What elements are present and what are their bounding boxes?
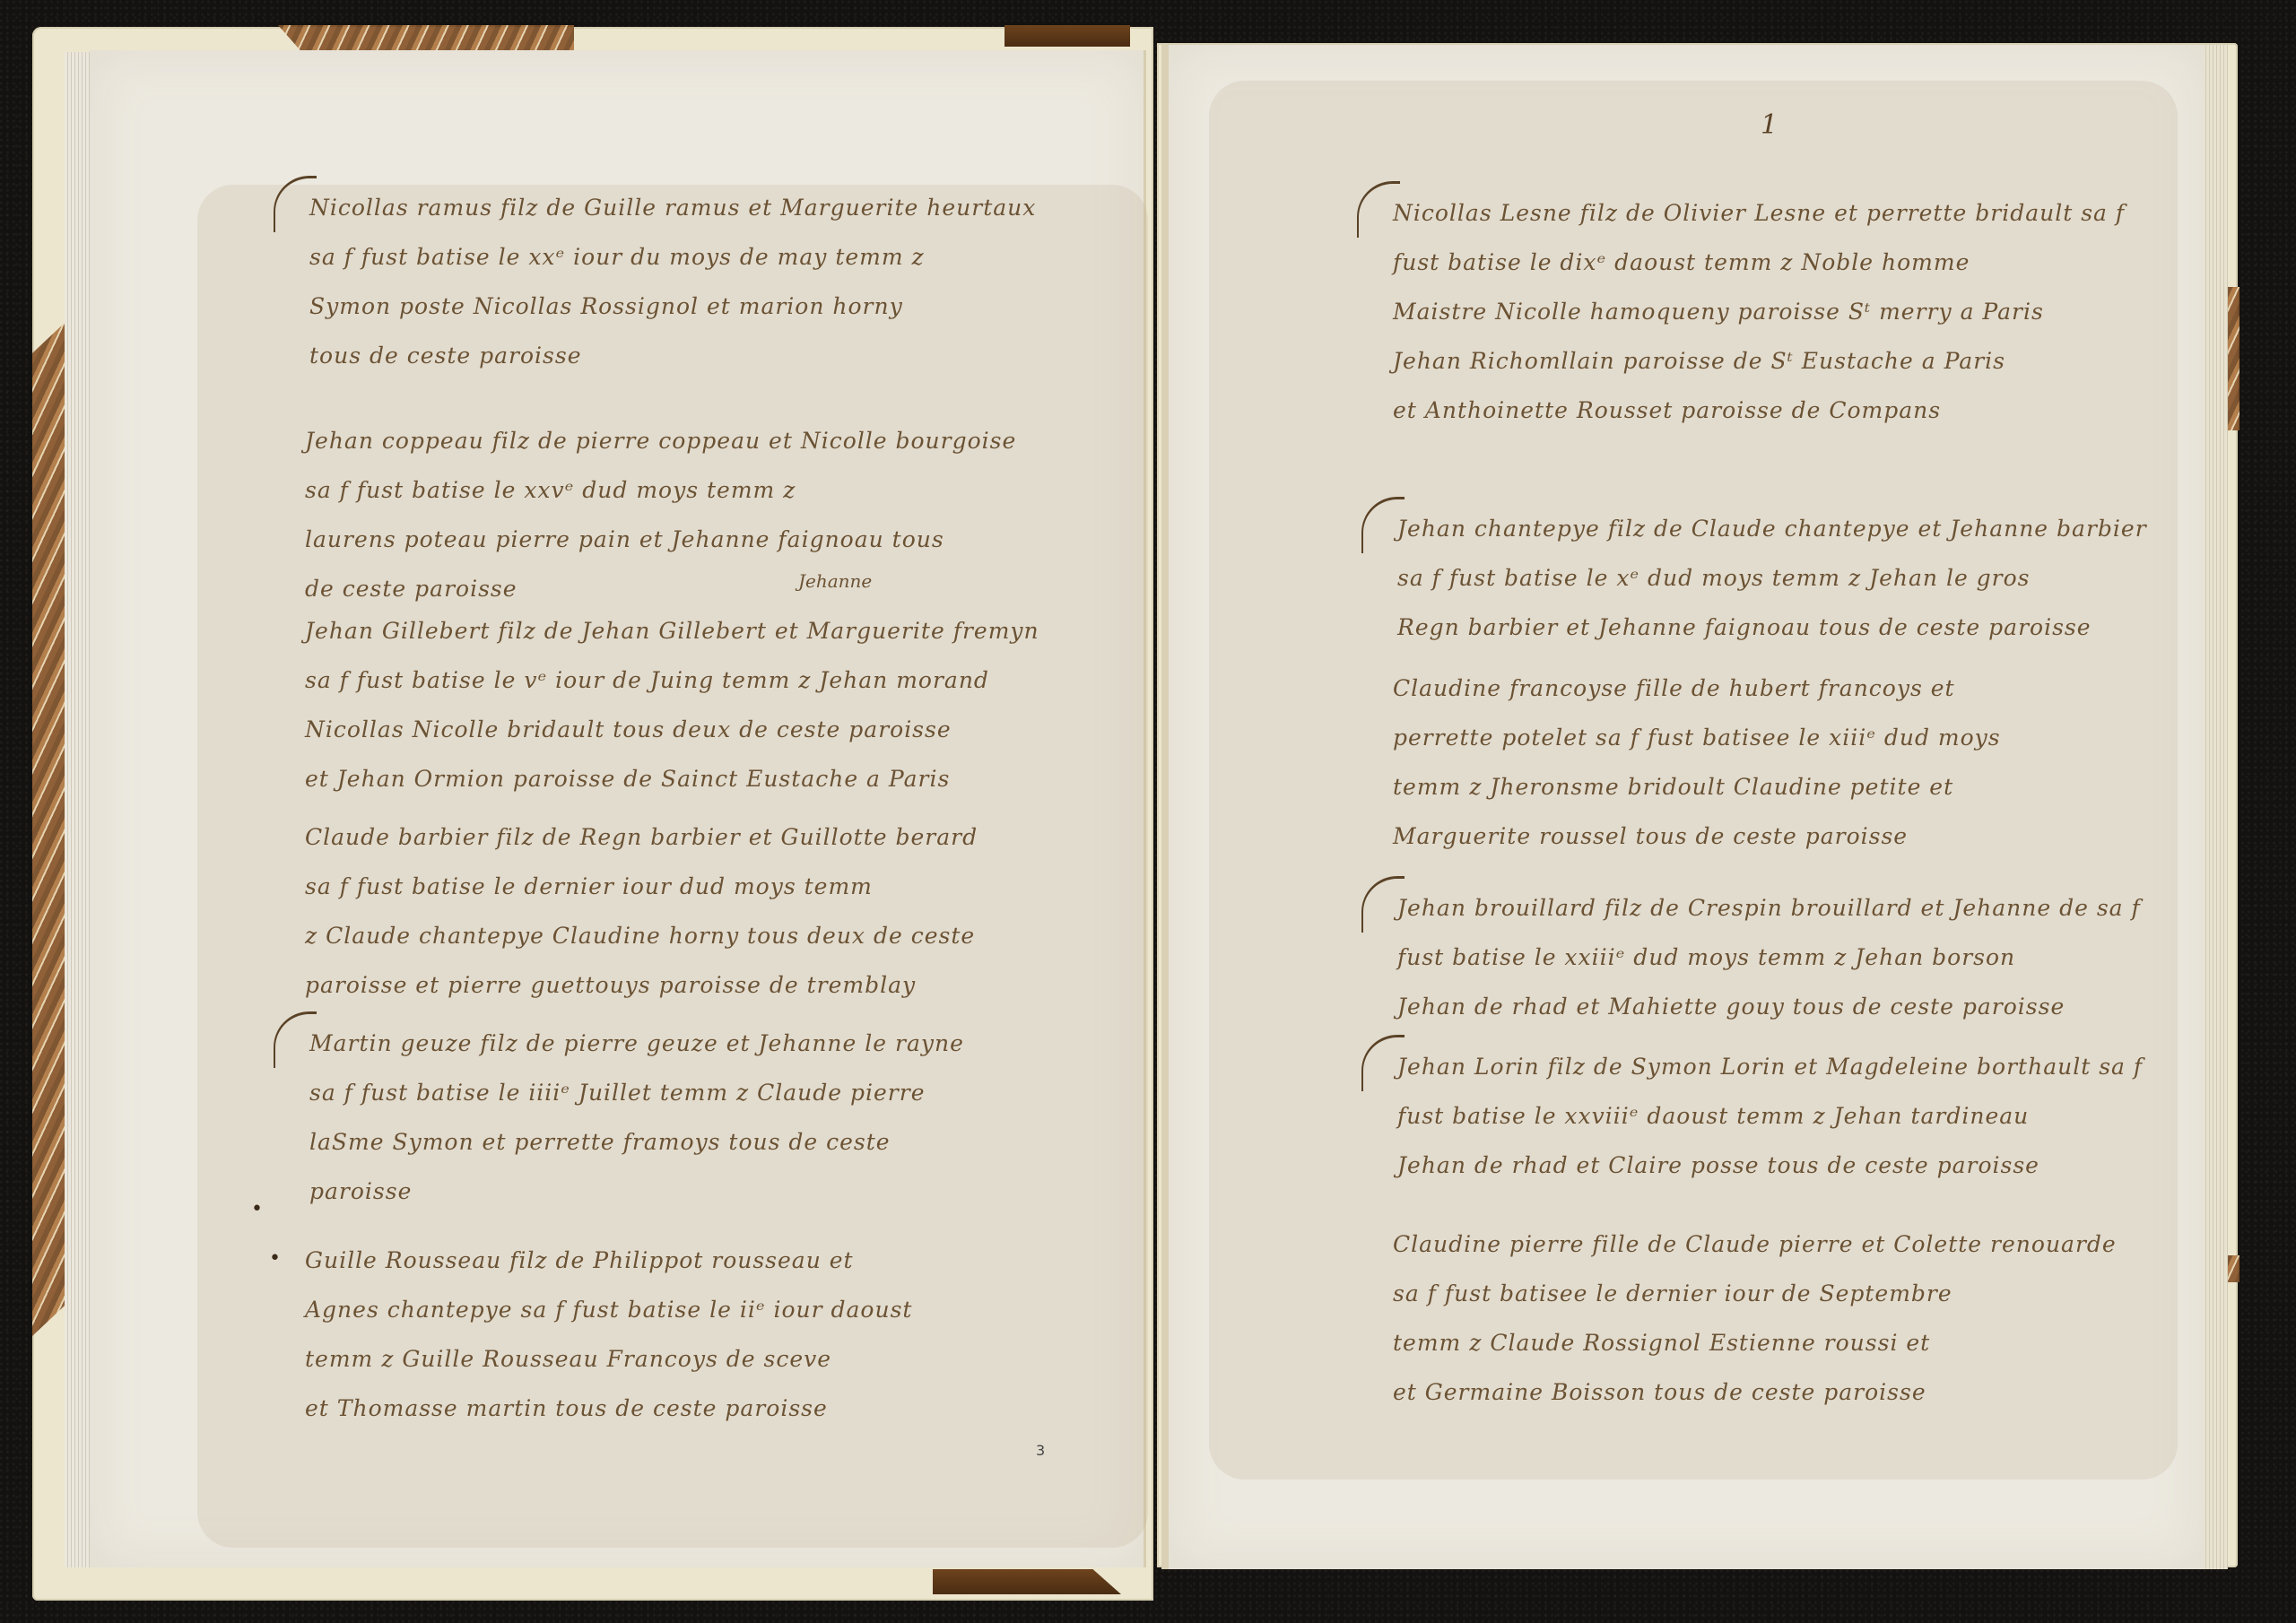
entry-line: Jehan Gillebert filz de Jehan Gillebert … (305, 606, 1039, 655)
entry-line: et Jehan Ormion paroisse de Sainct Eusta… (305, 754, 1039, 803)
entry-line: z Claude chantepye Claudine horny tous d… (305, 911, 978, 960)
register-entry: Jehan chantepye filz de Claude chantepye… (1397, 504, 2147, 652)
entry-line: laSme Symon et perrette framoys tous de … (309, 1117, 964, 1167)
entry-line: sa f fust batisee le dernier iour de Sep… (1393, 1269, 2117, 1318)
entry-line: Claudine pierre fille de Claude pierre e… (1393, 1219, 2117, 1269)
register-entry: Claude barbier filz de Regn barbier et G… (305, 812, 978, 1010)
entry-line: perrette potelet sa f fust batisee le xi… (1393, 713, 2001, 762)
entry-line: laurens poteau pierre pain et Jehanne fa… (305, 515, 1016, 564)
entry-line: fust batise le xxiiiᵉ dud moys temm z Je… (1397, 933, 2141, 982)
entry-line: Claudine francoyse fille de hubert franc… (1393, 664, 2001, 713)
entry-line: et Germaine Boisson tous de ceste parois… (1393, 1367, 2117, 1417)
entry-line: sa f fust batise le dernier iour dud moy… (305, 862, 978, 911)
entry-line: Agnes chantepye sa f fust batise le iiᵉ … (305, 1285, 912, 1334)
register-entry: Jehan brouillard filz de Crespin brouill… (1397, 883, 2141, 1031)
entry-line: Martin geuze filz de pierre geuze et Jeh… (309, 1019, 964, 1068)
marbled-endpaper-left (32, 323, 65, 1336)
register-entry: Claudine francoyse fille de hubert franc… (1393, 664, 2001, 861)
register-entry: Martin geuze filz de pierre geuze et Jeh… (309, 1019, 964, 1216)
entry-line: Jehan chantepye filz de Claude chantepye… (1397, 504, 2147, 553)
left-page: Nicollas ramus filz de Guille ramus et M… (90, 50, 1146, 1567)
entry-line: sa f fust batise le vᵉ iour de Juing tem… (305, 655, 1039, 705)
entry-line: fust batise le xxviiiᵉ daoust temm z Jeh… (1397, 1091, 2143, 1141)
register-entry: Nicollas ramus filz de Guille ramus et M… (309, 183, 1036, 380)
entry-line: Regn barbier et Jehanne faignoau tous de… (1397, 603, 2147, 652)
entry-line: Jehan brouillard filz de Crespin brouill… (1397, 883, 2141, 933)
entry-line: Claude barbier filz de Regn barbier et G… (305, 812, 978, 862)
register-entry: Jehan coppeau filz de pierre coppeau et … (305, 416, 1016, 613)
register-entry: Guille Rousseau filz de Philippot rousse… (305, 1236, 912, 1433)
entry-line: sa f fust batise le xᵉ dud moys temm z J… (1397, 553, 2147, 603)
entry-line: sa f fust batise le xxᵉ iour du moys de … (309, 232, 1036, 282)
entry-line: Jehan Lorin filz de Symon Lorin et Magde… (1397, 1042, 2143, 1091)
page-edges-left (65, 52, 91, 1567)
marbled-endpaper-top (278, 25, 574, 52)
marbled-endpaper-right-lower (2227, 1255, 2239, 1282)
entry-line: Nicollas Nicolle bridault tous deux de c… (305, 705, 1039, 754)
marbled-endpaper-right-upper (2227, 287, 2239, 430)
register-entry: Jehan Gillebert filz de Jehan Gillebert … (305, 606, 1039, 803)
entry-line: Marguerite roussel tous de ceste paroiss… (1393, 811, 2001, 861)
entry-line: Jehan coppeau filz de pierre coppeau et … (305, 416, 1016, 465)
ink-dot: • (269, 1247, 281, 1270)
entry-line: paroisse et pierre guettouys paroisse de… (305, 960, 978, 1010)
entry-line: paroisse (309, 1167, 964, 1216)
entry-line: Jehan Richomllain paroisse de Sᵗ Eustach… (1393, 336, 2125, 386)
entry-line: Nicollas Lesne filz de Olivier Lesne et … (1393, 188, 2125, 238)
register-entry: Claudine pierre fille de Claude pierre e… (1393, 1219, 2117, 1417)
entry-line: Jehan de rhad et Claire posse tous de ce… (1397, 1141, 2143, 1190)
folio-number: 1 (1761, 109, 1778, 141)
leather-spine-top (1004, 25, 1130, 47)
entry-line: et Thomasse martin tous de ceste paroiss… (305, 1384, 912, 1433)
register-entry: Nicollas Lesne filz de Olivier Lesne et … (1393, 188, 2125, 435)
leather-spine-bottom (933, 1569, 1121, 1594)
entry-line: Nicollas ramus filz de Guille ramus et M… (309, 183, 1036, 232)
register-entry: Jehan Lorin filz de Symon Lorin et Magde… (1397, 1042, 2143, 1190)
entry-line: sa f fust batise le iiiiᵉ Juillet temm z… (309, 1068, 964, 1117)
entry-line: Maistre Nicolle hamoqueny paroisse Sᵗ me… (1393, 287, 2125, 336)
entry-line: Guille Rousseau filz de Philippot rousse… (305, 1236, 912, 1285)
entry-line: et Anthoinette Rousset paroisse de Compa… (1393, 386, 2125, 435)
entry-line: Symon poste Nicollas Rossignol et marion… (309, 282, 1036, 331)
open-manuscript-volume: Nicollas ramus filz de Guille ramus et M… (0, 0, 2296, 1623)
entry-line: sa f fust batise le xxvᵉ dud moys temm z (305, 465, 1016, 515)
entry-line: temm z Claude Rossignol Estienne roussi … (1393, 1318, 2117, 1367)
entry-line: fust batise le dixᵉ daoust temm z Noble … (1393, 238, 2125, 287)
entry-line: Jehan de rhad et Mahiette gouy tous de c… (1397, 982, 2141, 1031)
page-number: 3 (1036, 1442, 1045, 1459)
entry-line: tous de ceste paroisse (309, 331, 1036, 380)
ink-dot: • (251, 1198, 263, 1220)
entry-line: temm z Jheronsme bridoult Claudine petit… (1393, 762, 2001, 811)
right-page: 1 Nicollas Lesne filz de Olivier Lesne e… (1161, 45, 2205, 1569)
interlinear-correction: Jehanne (798, 570, 872, 592)
entry-line: temm z Guille Rousseau Francoys de sceve (305, 1334, 912, 1384)
